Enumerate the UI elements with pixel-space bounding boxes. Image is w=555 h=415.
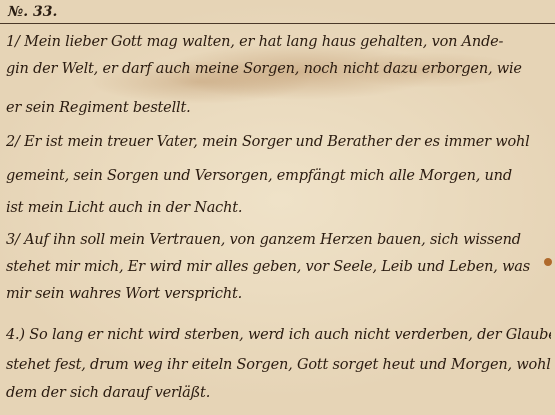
stanza-2-line-2: gemeint, sein Sorgen und Versorgen, empf… — [6, 168, 551, 184]
stanza-1-line-3: er sein Regiment bestellt. — [6, 100, 551, 116]
stanza-4-line-2: stehet fest, drum weg ihr eiteln Sorgen,… — [6, 357, 551, 373]
ink-spot — [544, 258, 552, 266]
stanza-2-line-1: 2/ Er ist mein treuer Vater, mein Sorger… — [6, 134, 551, 150]
stanza-3-line-3: mir sein wahres Wort verspricht. — [6, 286, 551, 302]
header-rule — [0, 23, 555, 24]
stanza-1-line-2: gin der Welt, er darf auch meine Sorgen,… — [6, 61, 551, 77]
stanza-4-line-1: 4.) So lang er nicht wird sterben, werd … — [6, 327, 551, 343]
stanza-2-line-3: ist mein Licht auch in der Nacht. — [6, 200, 551, 216]
stanza-1-line-1: 1/ Mein lieber Gott mag walten, er hat l… — [6, 34, 551, 50]
stanza-4-line-3: dem der sich darauf verläßt. — [6, 385, 551, 401]
stanza-3-line-1: 3/ Auf ihn soll mein Vertrauen, von ganz… — [6, 232, 551, 248]
page-number-label: №. 33. — [8, 4, 57, 20]
manuscript-page: №. 33. 1/ Mein lieber Gott mag walten, e… — [0, 0, 555, 415]
stanza-3-line-2: stehet mir mich, Er wird mir alles geben… — [6, 259, 551, 275]
